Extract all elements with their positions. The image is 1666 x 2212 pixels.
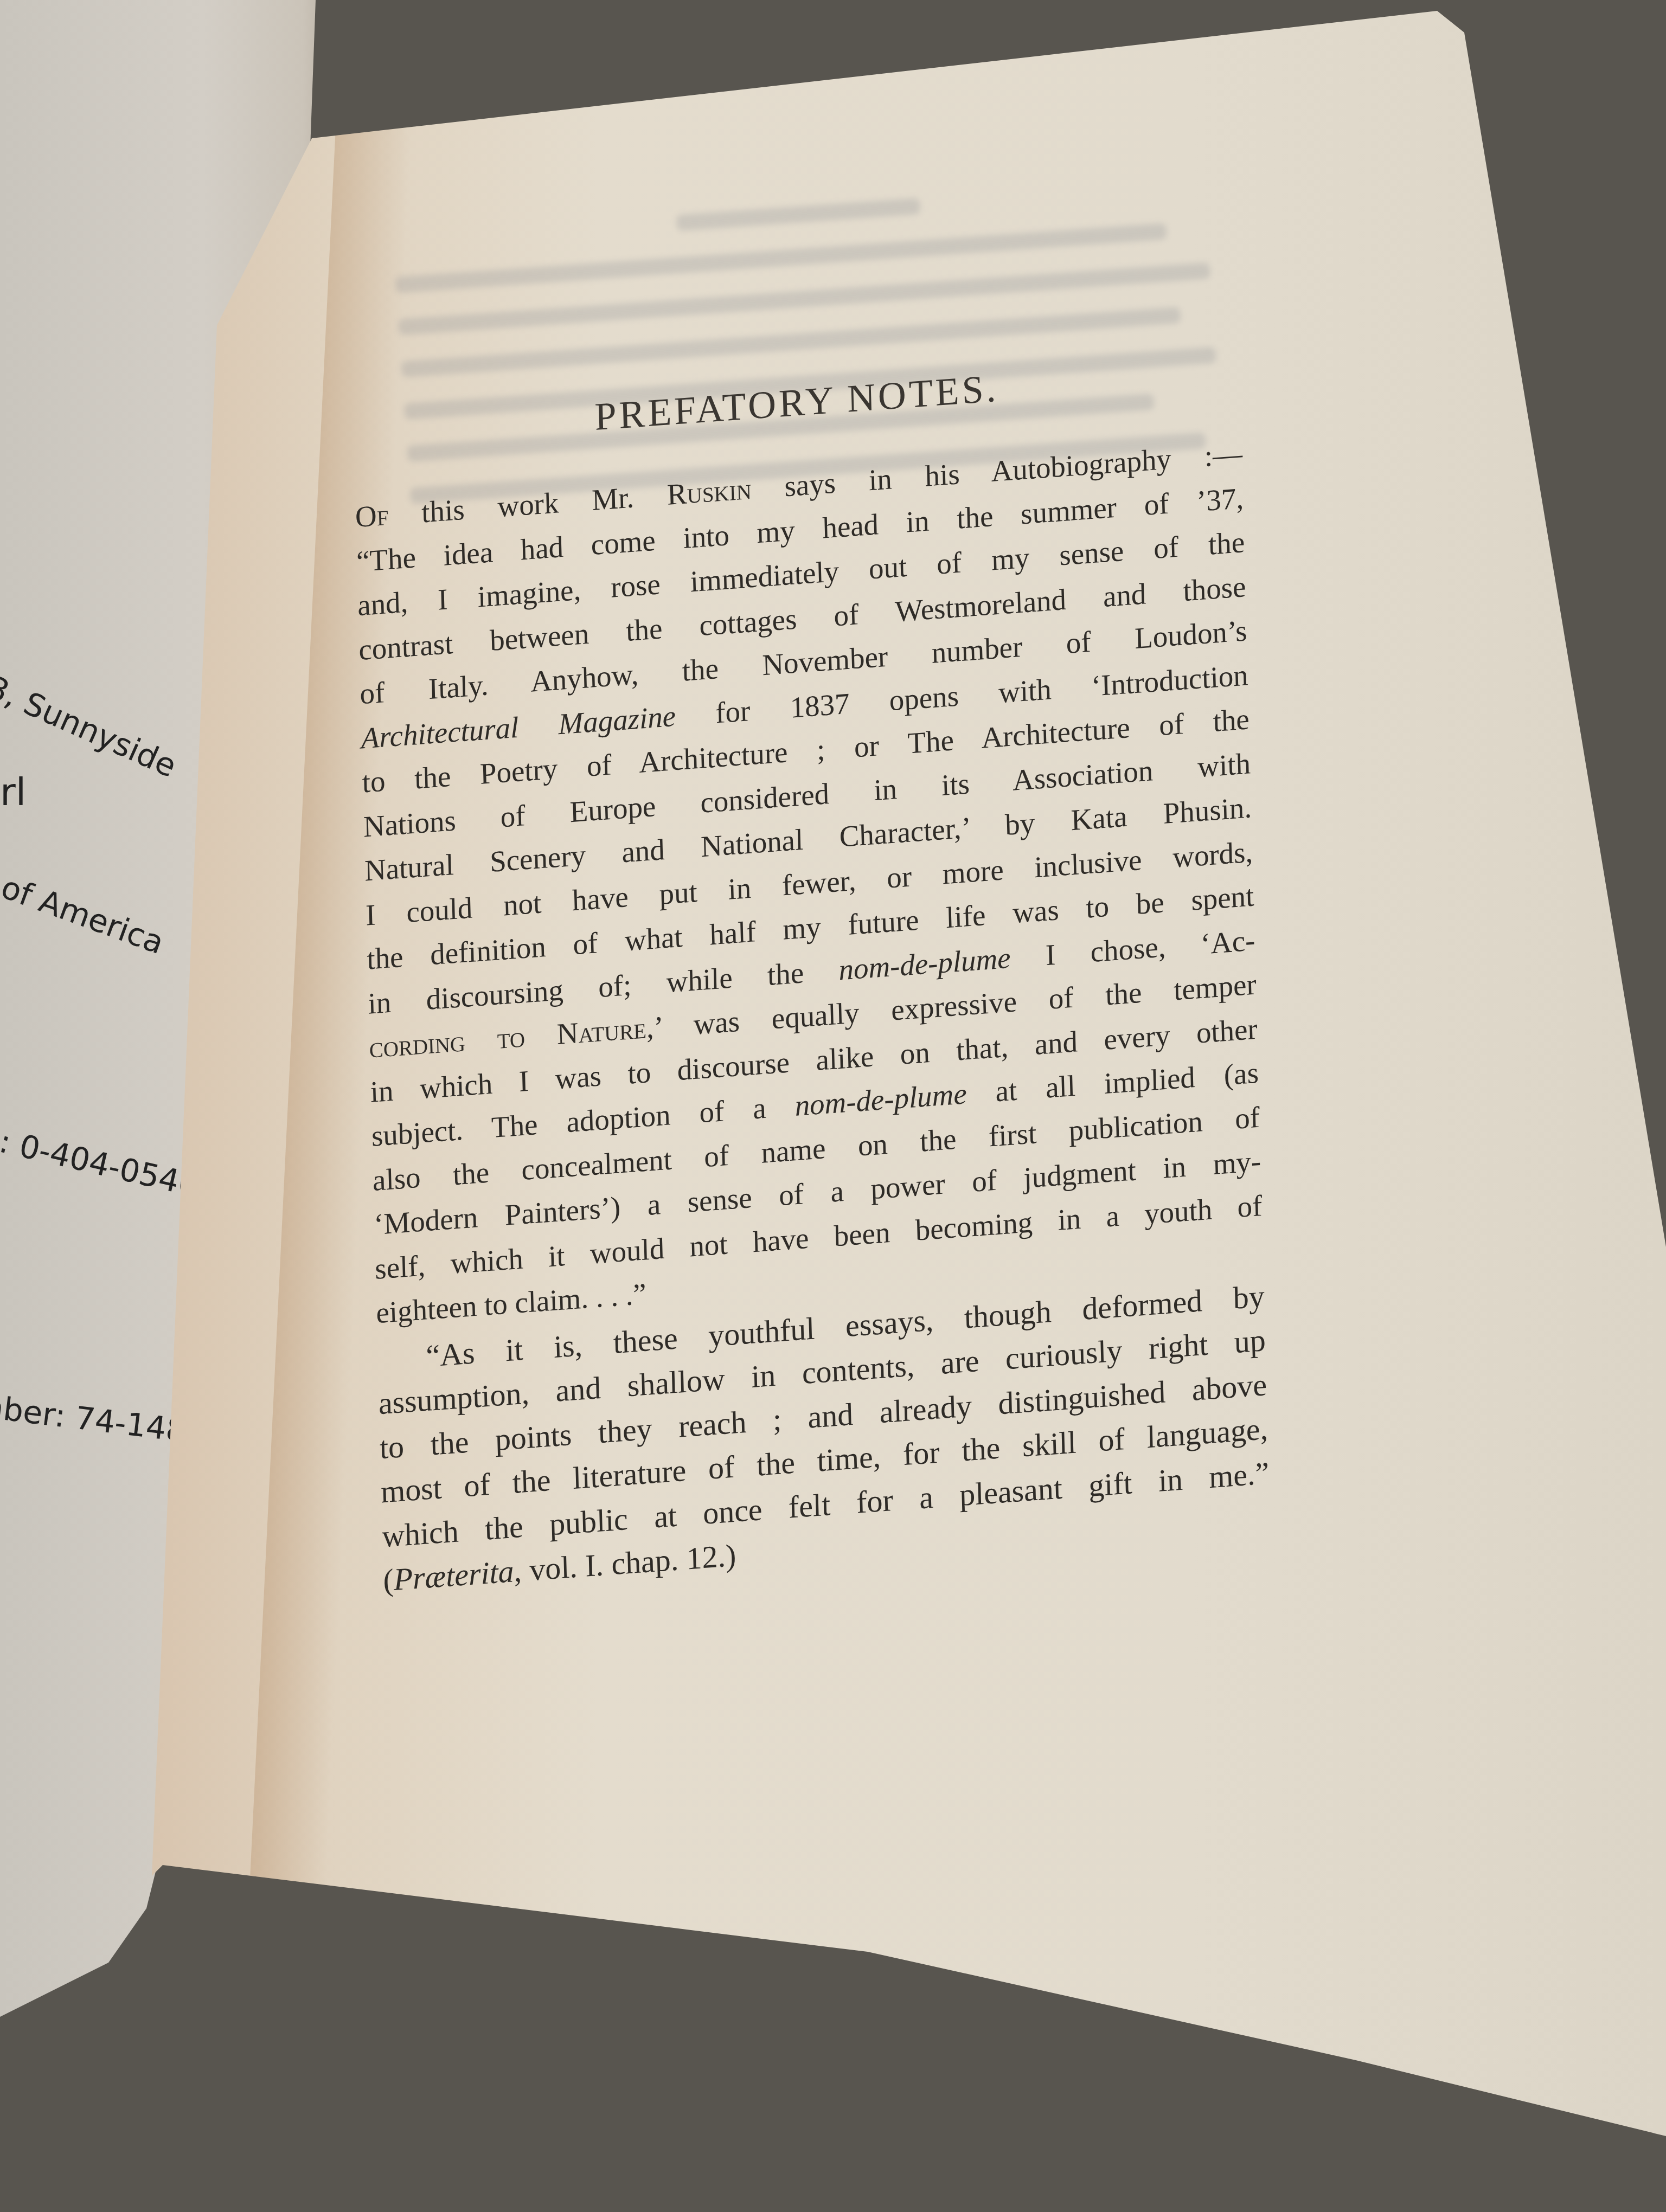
right-page: PREFATORY NOTES. Of this work Mr. Ruskin… (0, 0, 1666, 2212)
imprint-line: of America (0, 869, 169, 961)
imprint-line: 3, Sunnyside (0, 668, 182, 785)
prefatory-notes-text: PREFATORY NOTES. Of this work Mr. Ruskin… (353, 349, 1271, 1603)
italic-run: nom-de-plume (838, 941, 1011, 986)
imprint-line: rl (0, 770, 26, 814)
paragraph-1: Of this work Mr. Ruskin says in his Auto… (355, 432, 1264, 1335)
italic-run: Præterita (393, 1553, 514, 1597)
text-run: ( (383, 1562, 394, 1598)
italic-run: nom-de-plume (794, 1077, 967, 1122)
small-caps-run: Ruskin (667, 472, 752, 511)
small-caps-run: Of (355, 498, 389, 533)
